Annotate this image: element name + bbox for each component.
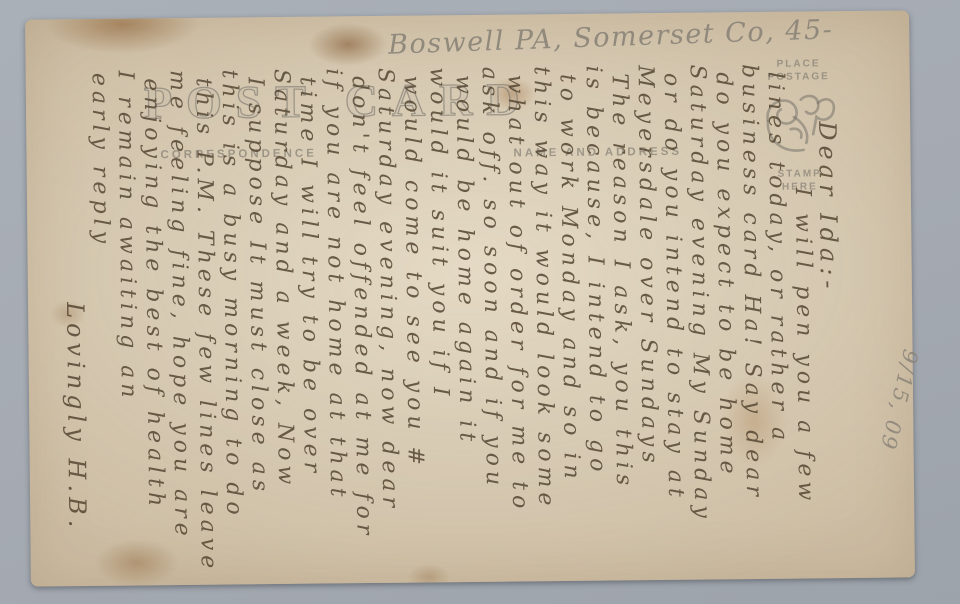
message-line: enjoying the best of health: [138, 66, 169, 576]
message-line: would be home again it: [450, 63, 481, 573]
message-line: don't feel offended at me for: [346, 64, 377, 574]
message-line: if you are not home at that: [320, 64, 351, 574]
message-line: would it suit you if I: [424, 63, 455, 573]
message-line: do you expect to be home: [710, 60, 741, 570]
message-line: The reason I ask, you this: [606, 61, 637, 571]
handwritten-message: Dear Ida:-I will pen you a fewlines toda…: [44, 59, 845, 577]
message-line: Saturday evening My Sunday: [684, 60, 715, 570]
message-line: this way it would look some: [528, 62, 559, 572]
message-line: to work Monday and so in: [554, 62, 585, 572]
message-line: Lovingly H.B.: [60, 67, 91, 577]
postcard: POST CARD CORRESPONDENCE NAME AND ADDRES…: [25, 10, 915, 586]
message-line: Saturday evening, now dear: [372, 64, 403, 574]
message-line: Saturday and a week, Now: [268, 65, 299, 575]
message-line: or do you intend to stay at: [658, 61, 689, 571]
message-line: lines today, or rather a: [762, 60, 793, 570]
message-line: is because, I intend to go: [580, 62, 611, 572]
message-line: ask off. so soon and if you: [476, 63, 507, 573]
message-line: time I will try to be over: [294, 65, 325, 575]
message-line: Dear Ida:-: [814, 59, 845, 569]
message-line: would come to see you #: [398, 63, 429, 573]
message-line: I suppose It must close as: [242, 65, 273, 575]
message-line: I remain awaiting an: [112, 66, 143, 576]
message-line: business card Ha! Say dear: [736, 60, 767, 570]
message-line: me feeling fine, hope you are: [164, 66, 195, 576]
message-line: I will pen you a few: [788, 59, 819, 569]
message-line: Meyersdale over Sundays: [632, 61, 663, 571]
message-line: this P.M. These few lines leave: [190, 66, 221, 576]
message-line: this is a busy morning to do: [216, 65, 247, 575]
message-line: what out of order for me to: [502, 62, 533, 572]
